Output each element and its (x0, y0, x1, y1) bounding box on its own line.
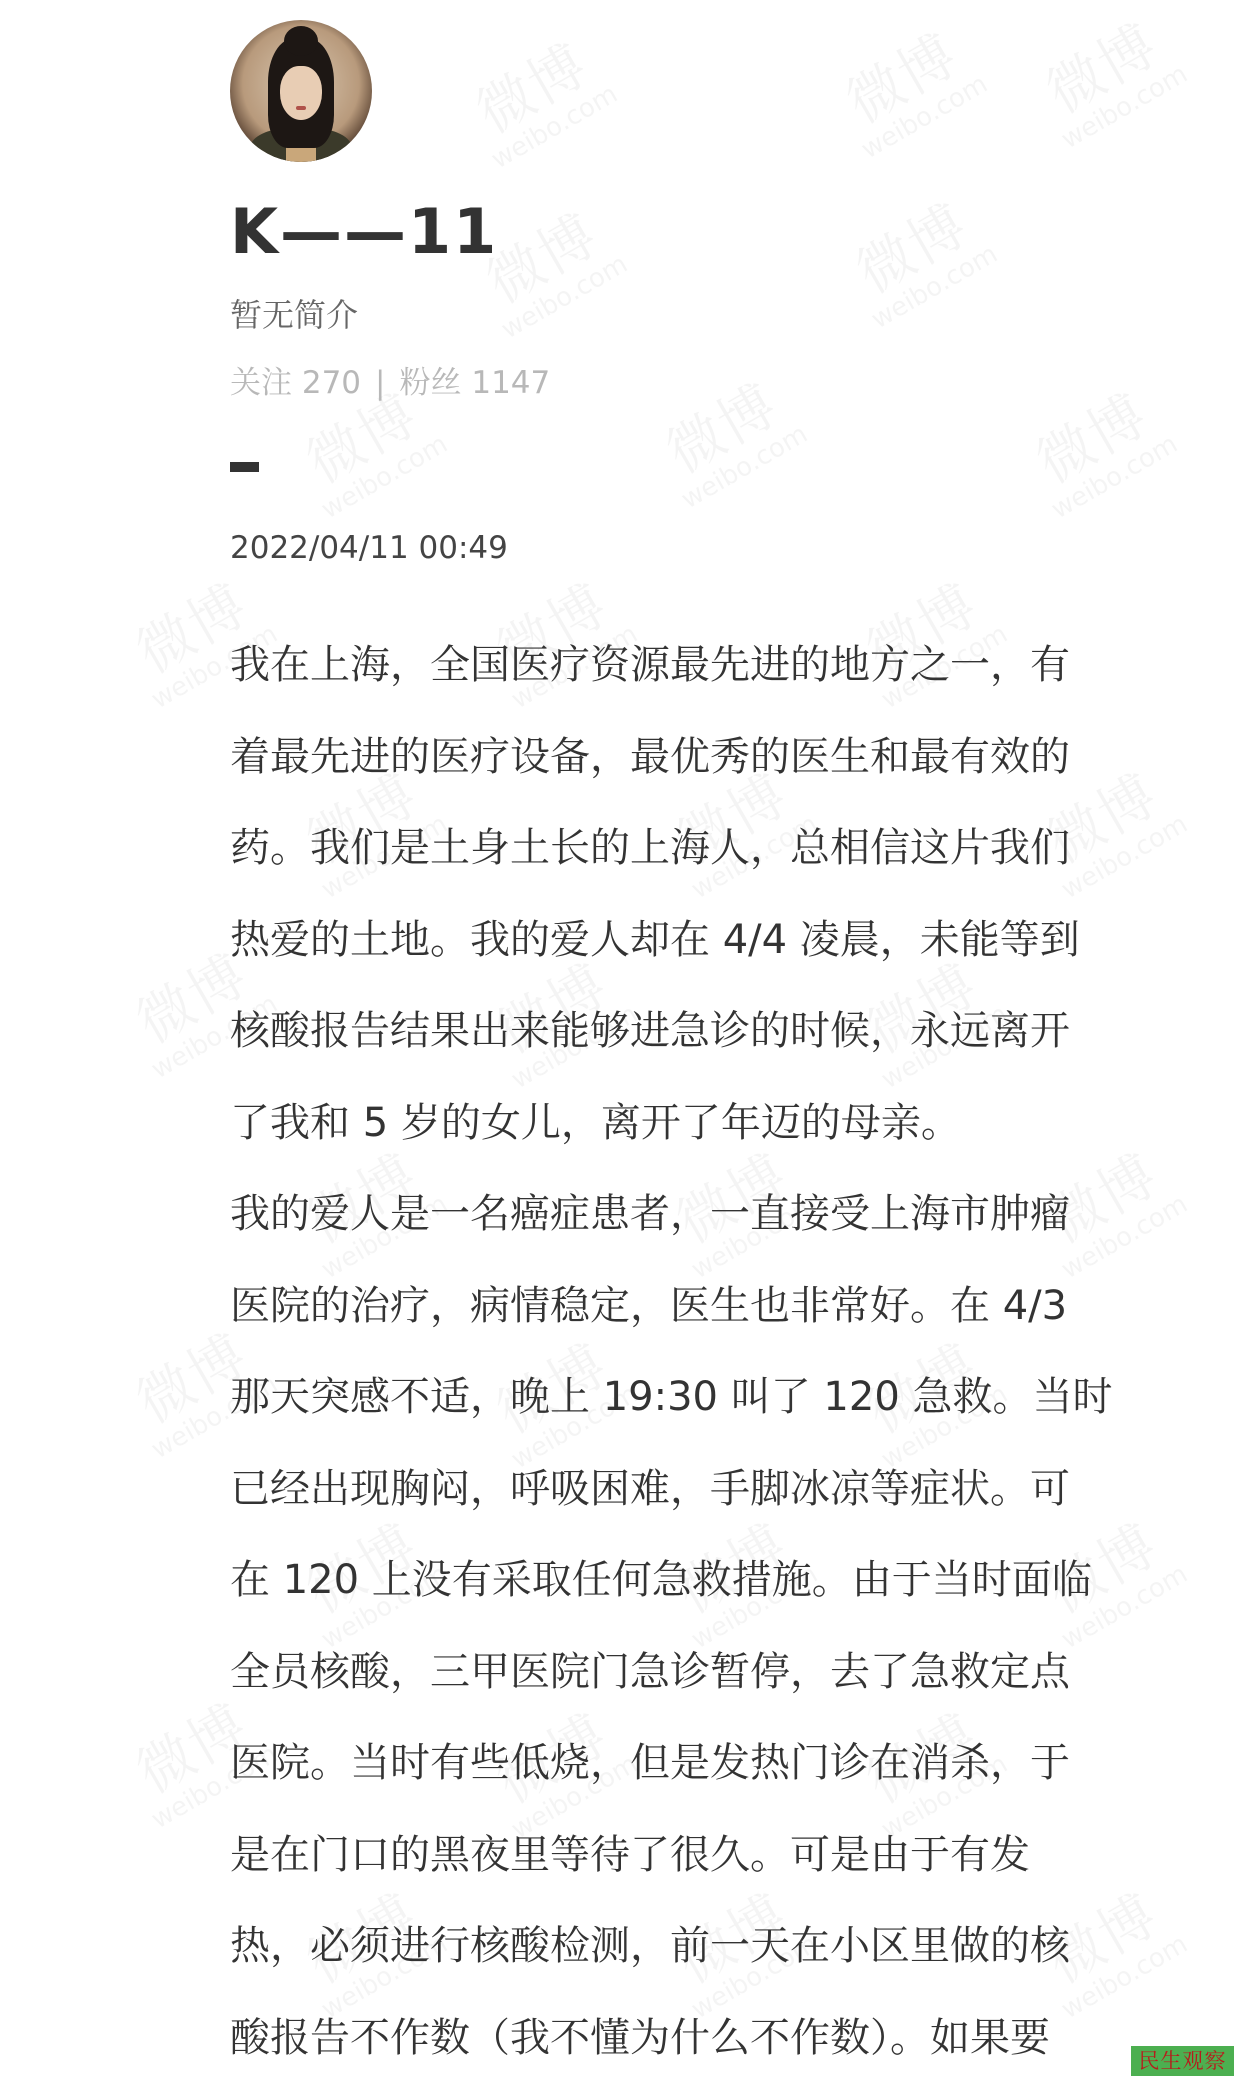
post-body: 我在上海，全国医疗资源最先进的地方之一，有 着最先进的医疗设备，最优秀的医生和最… (230, 620, 1190, 2081)
followers-label: 粉丝 (399, 365, 461, 401)
following-link[interactable]: 关注 270 (230, 365, 361, 401)
post-line: 药。我们是土身土长的上海人，总相信这片我们 (230, 803, 1190, 895)
post-line: 热爱的土地。我的爱人却在 4/4 凌晨，未能等到 (230, 895, 1190, 987)
profile-bio: 暂无简介 (230, 290, 358, 336)
watermark: 微博weibo.com (838, 191, 1001, 334)
post-line: 全员核酸，三甲医院门急诊暂停，去了急救定点 (230, 1627, 1190, 1719)
avatar[interactable] (230, 20, 372, 162)
watermark: 微博weibo.com (458, 31, 621, 174)
followers-count: 1147 (471, 365, 550, 401)
section-divider-bar (230, 462, 259, 472)
post-line: 着最先进的医疗设备，最优秀的医生和最有效的 (230, 712, 1190, 804)
stats-separator: | (375, 365, 385, 401)
post-line: 核酸报告结果出来能够进急诊的时候，永远离开 (230, 986, 1190, 1078)
username[interactable]: K——11 (230, 195, 498, 268)
post-line: 酸报告不作数（我不懂为什么不作数）。如果要 (230, 1993, 1190, 2081)
profile-stats: 关注 270|粉丝 1147 (230, 357, 550, 402)
post-line: 那天突感不适，晚上 19:30 叫了 120 急救。当时 (230, 1352, 1190, 1444)
post-line: 已经出现胸闷，呼吸困难，手脚冰凉等症状。可 (230, 1444, 1190, 1536)
source-badge: 民生观察 (1131, 2046, 1234, 2076)
watermark: 微博weibo.com (1028, 11, 1191, 154)
post-line: 热，必须进行核酸检测，前一天在小区里做的核 (230, 1901, 1190, 1993)
post-line: 是在门口的黑夜里等待了很久。可是由于有发 (230, 1810, 1190, 1902)
post-line: 我的爱人是一名癌症患者，一直接受上海市肿瘤 (230, 1169, 1190, 1261)
following-label: 关注 (230, 365, 292, 401)
avatar-hair-bun (284, 26, 318, 56)
following-count: 270 (302, 365, 361, 401)
post-timestamp: 2022/04/11 00:49 (230, 530, 508, 566)
avatar-face (280, 66, 322, 120)
avatar-lips (296, 106, 306, 110)
post-line: 医院。当时有些低烧，但是发热门诊在消杀，于 (230, 1718, 1190, 1810)
watermark: 微博weibo.com (648, 371, 811, 514)
followers-link[interactable]: 粉丝 1147 (399, 365, 550, 401)
watermark: 微博weibo.com (1018, 381, 1181, 524)
post-line: 在 120 上没有采取任何急救措施。由于当时面临 (230, 1535, 1190, 1627)
post-line: 了我和 5 岁的女儿，离开了年迈的母亲。 (230, 1078, 1190, 1170)
watermark: 微博weibo.com (828, 21, 991, 164)
post-line: 医院的治疗，病情稳定，医生也非常好。在 4/3 (230, 1261, 1190, 1353)
post-line: 我在上海，全国医疗资源最先进的地方之一，有 (230, 620, 1190, 712)
